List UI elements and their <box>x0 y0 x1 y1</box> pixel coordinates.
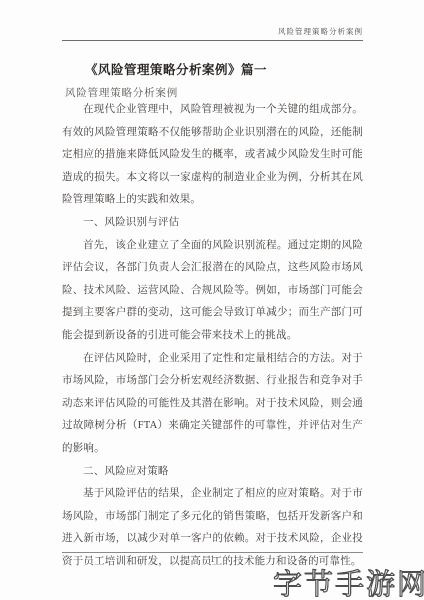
paragraph-intro: 在现代企业管理中，风险管理被视为一个关键的组成部分。有效的风险管理策略不仅能够帮… <box>62 99 363 212</box>
paragraph-risk-evaluation: 在评估风险时，企业采用了定性和定量相结合的方法。对于市场风险，市场部门会分析宏观… <box>62 348 363 461</box>
watermark-text: 字节手游网 <box>273 562 424 600</box>
document-page: 风险管理策略分析案例 《风险管理策略分析案例》篇一 风险管理策略分析案例 在现代… <box>0 0 424 600</box>
paragraph-risk-identification: 首先，该企业建立了全面的风险识别流程。通过定期的风险评估会议，各部门负责人会汇报… <box>62 235 363 348</box>
document-subtitle: 风险管理策略分析案例 <box>65 85 178 100</box>
footer-rule <box>62 552 363 553</box>
running-header: 风险管理策略分析案例 <box>62 26 363 37</box>
section-heading-1: 一、风险识别与评估 <box>62 212 363 235</box>
document-title: 《风险管理策略分析案例》篇一 <box>85 60 267 78</box>
section-heading-2: 二、风险应对策略 <box>62 461 363 484</box>
header-rule <box>62 40 363 41</box>
document-body: 在现代企业管理中，风险管理被视为一个关键的组成部分。有效的风险管理策略不仅能够帮… <box>62 99 363 573</box>
